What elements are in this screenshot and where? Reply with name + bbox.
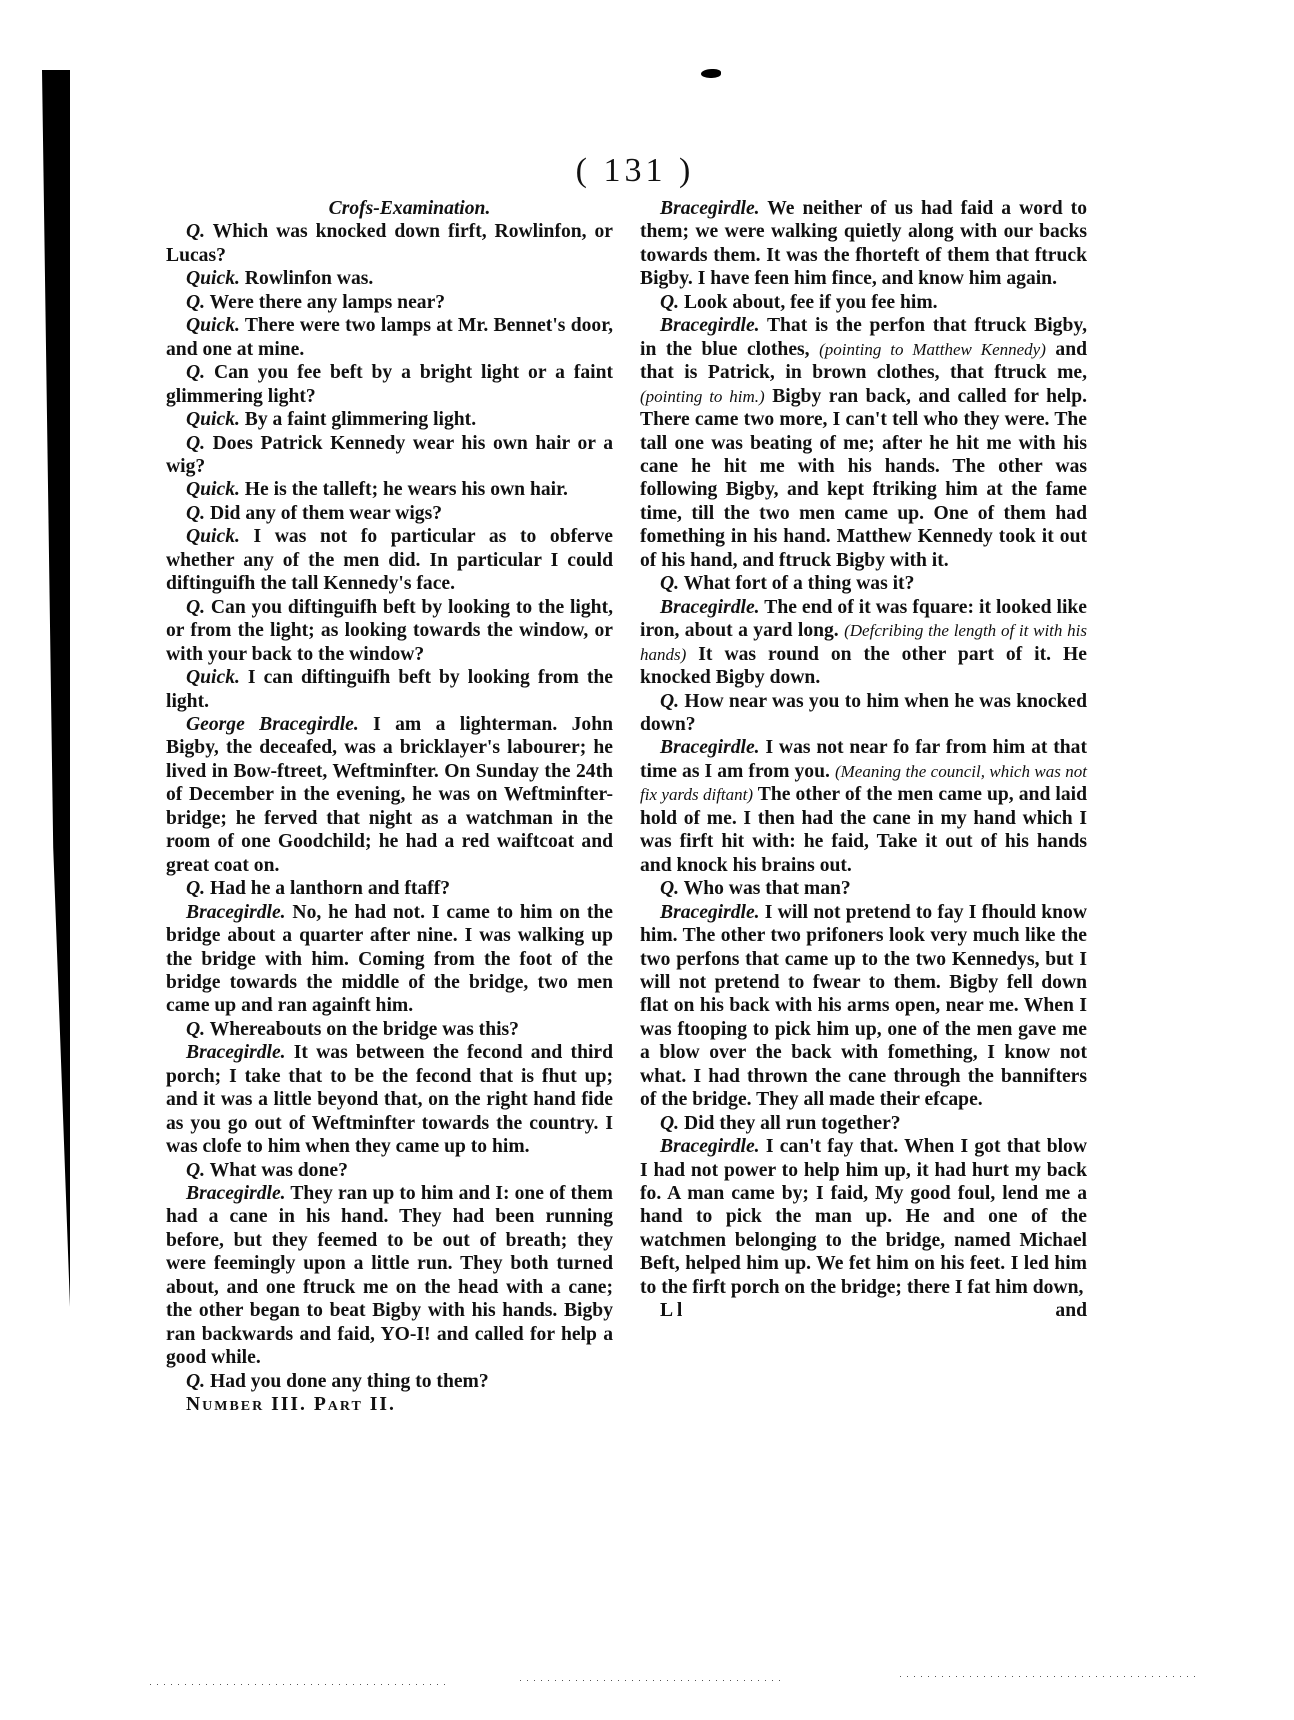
speaker-label: Q. [186,597,205,618]
testimony-text: I am a lighterman. John Bigby, the decea… [166,714,613,876]
stage-direction: (pointing to him.) [640,387,765,406]
speaker-label: Q. [186,878,205,899]
testimony-paragraph: Bracegirdle. We neither of us had faid a… [640,197,1087,291]
testimony-paragraph: Q. Can you diftinguifh beft by looking t… [166,596,613,666]
right-column: Bracegirdle. We neither of us had faid a… [640,197,1087,1323]
speaker-label: Q. [186,1160,205,1181]
testimony-paragraph: Q. Does Patrick Kennedy wear his own hai… [166,432,613,479]
testimony-paragraph: Q. Had he a lanthorn and ftaff? [166,877,613,900]
speaker-label: Bracegirdle. [660,597,760,618]
scan-noise [150,1684,450,1685]
testimony-paragraph: Q. Which was knocked down firft, Rowlinf… [166,220,613,267]
page-number: ( 131 ) [545,152,725,190]
right-paragraphs: Bracegirdle. We neither of us had faid a… [640,197,1087,1299]
section-heading: Crofs-Examination. [166,197,613,220]
testimony-paragraph: Bracegirdle. I can't fay that. When I go… [640,1135,1087,1299]
speaker-label: Q. [660,573,679,594]
scan-binding-shadow [42,70,70,1690]
speaker-label: Bracegirdle. [660,902,760,923]
testimony-paragraph: Q. Did any of them wear wigs? [166,502,613,525]
speaker-label: Q. [186,362,205,383]
speaker-label: Quick. [186,526,240,547]
speaker-label: Bracegirdle. [660,1136,760,1157]
testimony-text: What fort of a thing was it? [679,573,914,594]
speaker-label: Q. [660,878,679,899]
speaker-label: Q. [186,221,205,242]
testimony-paragraph: Q. Can you fee beft by a bright light or… [166,361,613,408]
testimony-paragraph: Bracegirdle. I was not near fo far from … [640,736,1087,877]
speaker-label: Q. [186,433,205,454]
speaker-label: Bracegirdle. [660,198,760,219]
signature-line-right: L l and [640,1299,1087,1322]
speaker-label: Bracegirdle. [660,737,760,758]
speaker-label: Q. [660,1113,679,1134]
testimony-paragraph: Q. Look about, fee if you fee him. [640,291,1087,314]
speaker-label: George Bracegirdle. [186,714,359,735]
testimony-paragraph: George Bracegirdle. I am a lighterman. J… [166,713,613,877]
testimony-text: Bigby ran back, and called for help. The… [640,386,1087,571]
speaker-label: Quick. [186,315,240,336]
testimony-text: Can you fee beft by a bright light or a … [166,362,613,406]
testimony-paragraph: Quick. I can diftinguifh beft by looking… [166,666,613,713]
signature-line: Number III. Part II. [166,1393,613,1416]
speaker-label: Bracegirdle. [186,1042,286,1063]
testimony-text: Look about, fee if you fee him. [679,292,938,313]
testimony-paragraph: Bracegirdle. They ran up to him and I: o… [166,1182,613,1370]
testimony-text: They ran up to him and I: one of them ha… [166,1183,613,1368]
testimony-text: Were there any lamps near? [205,292,445,313]
testimony-text: Rowlinfon was. [240,268,373,289]
gathering-signature: Number III. Part II. [186,1393,396,1416]
testimony-paragraph: Q. How near was you to him when he was k… [640,690,1087,737]
speaker-label: Q. [660,292,679,313]
stage-direction: (pointing to Matthew Kennedy) [819,340,1046,359]
testimony-text: I can't fay that. When I got that blow I… [640,1136,1087,1298]
scan-noise [520,1680,780,1681]
testimony-paragraph: Q. What fort of a thing was it? [640,572,1087,595]
speaker-label: Bracegirdle. [186,1183,286,1204]
testimony-text: Which was knocked down firft, Rowlinfon,… [166,221,613,265]
testimony-paragraph: Quick. There were two lamps at Mr. Benne… [166,314,613,361]
testimony-text: He is the talleft; he wears his own hair… [240,479,568,500]
testimony-text: It was round on the other part of it. He… [640,644,1087,688]
catchword: and [1055,1299,1087,1322]
testimony-paragraph: Quick. He is the talleft; he wears his o… [166,478,613,501]
testimony-text: What was done? [205,1160,348,1181]
testimony-paragraph: Q. Who was that man? [640,877,1087,900]
speaker-label: Q. [186,1371,205,1392]
testimony-paragraph: Q. What was done? [166,1159,613,1182]
testimony-text: Who was that man? [679,878,851,899]
testimony-paragraph: Quick. I was not fo particular as to obf… [166,525,613,595]
testimony-paragraph: Bracegirdle. No, he had not. I came to h… [166,901,613,1018]
testimony-paragraph: Q. Were there any lamps near? [166,291,613,314]
testimony-text: Whereabouts on the bridge was this? [205,1019,519,1040]
testimony-text: By a faint glimmering light. [240,409,476,430]
testimony-paragraph: Q. Did they all run together? [640,1112,1087,1135]
speaker-label: Q. [660,691,679,712]
speaker-label: Bracegirdle. [660,315,760,336]
testimony-paragraph: Bracegirdle. I will not pretend to fay I… [640,901,1087,1112]
testimony-text: Can you diftinguifh beft by looking to t… [166,597,613,665]
testimony-paragraph: Quick. By a faint glimmering light. [166,408,613,431]
speaker-label: Quick. [186,268,240,289]
left-column: Crofs-Examination. Q. Which was knocked … [166,197,613,1417]
speaker-label: Q. [186,503,205,524]
testimony-paragraph: Q. Whereabouts on the bridge was this? [166,1018,613,1041]
testimony-paragraph: Bracegirdle. That is the perfon that ftr… [640,314,1087,572]
testimony-text: I will not pretend to fay I fhould know … [640,902,1087,1111]
testimony-paragraph: Bracegirdle. The end of it was fquare: i… [640,596,1087,690]
speaker-label: Quick. [186,409,240,430]
speaker-label: Quick. [186,479,240,500]
testimony-text: Does Patrick Kennedy wear his own hair o… [166,433,613,477]
speaker-label: Quick. [186,667,240,688]
left-paragraphs: Q. Which was knocked down firft, Rowlinf… [166,220,613,1393]
speaker-label: Q. [186,1019,205,1040]
testimony-paragraph: Quick. Rowlinfon was. [166,267,613,290]
speaker-label: Bracegirdle. [186,902,286,923]
testimony-text: Did any of them wear wigs? [205,503,442,524]
testimony-paragraph: Bracegirdle. It was between the fecond a… [166,1041,613,1158]
speaker-label: Q. [186,292,205,313]
testimony-text: Did they all run together? [679,1113,901,1134]
testimony-text: How near was you to him when he was knoc… [640,691,1087,735]
testimony-paragraph: Q. Had you done any thing to them? [166,1370,613,1393]
ink-blot-mark [701,69,721,78]
testimony-text: Had he a lanthorn and ftaff? [205,878,450,899]
signature-mark: L l [660,1299,682,1322]
testimony-text: Had you done any thing to them? [205,1371,489,1392]
scan-noise [900,1676,1200,1677]
